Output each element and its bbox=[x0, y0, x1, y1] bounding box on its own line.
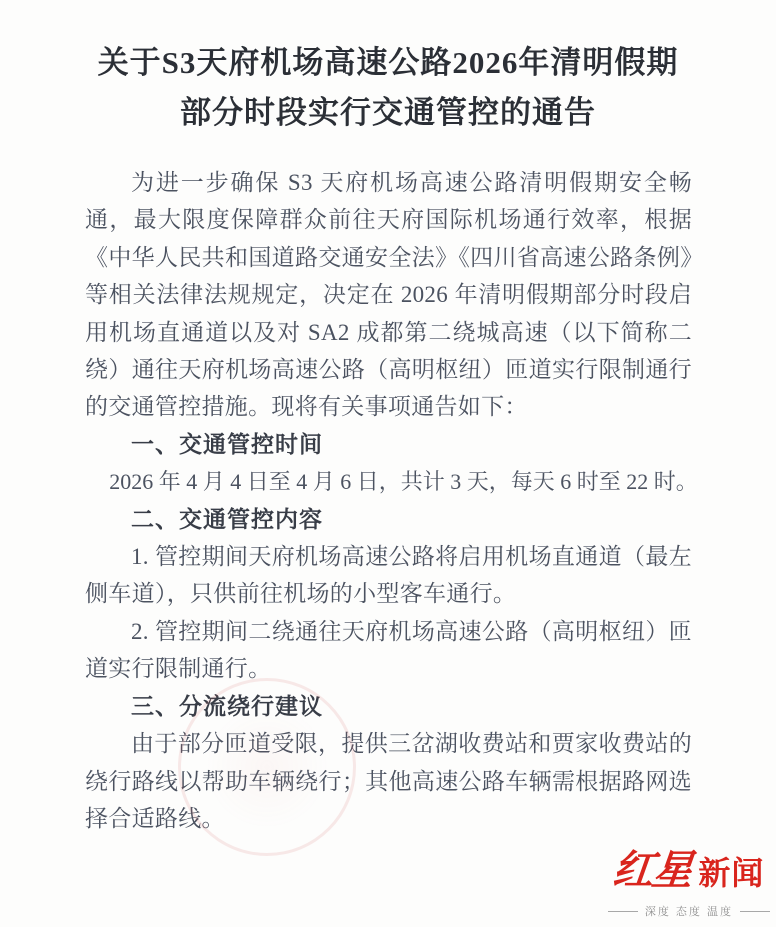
section1-heading: 一、交通管控时间 bbox=[85, 426, 692, 463]
tagline-text: 深度 态度 温度 bbox=[645, 903, 733, 919]
redstar-logo-script-part: 红星 bbox=[611, 850, 693, 890]
section1-control-period: 2026 年 4 月 4 日至 4 月 6 日，共计 3 天，每天 6 时至 2… bbox=[85, 463, 692, 500]
scanned-notice-page: 关于S3天府机场高速公路2026年清明假期 部分时段实行交通管控的通告 为进一步… bbox=[0, 0, 776, 927]
notice-title-line1: 关于S3天府机场高速公路2026年清明假期 bbox=[55, 38, 721, 88]
redstar-news-watermark: 红星 新闻 深度 态度 温度 bbox=[608, 850, 770, 919]
section2-item1: 1. 管控期间天府机场高速公路将启用机场直通道（最左侧车道），只供前往机场的小型… bbox=[85, 538, 692, 613]
tagline-right-rule bbox=[740, 911, 770, 912]
redstar-news-logo: 红星 新闻 bbox=[608, 850, 770, 900]
notice-title: 关于S3天府机场高速公路2026年清明假期 部分时段实行交通管控的通告 bbox=[55, 38, 721, 138]
section3-body: 由于部分匝道受限，提供三岔湖收费站和贾家收费站的绕行路线以帮助车辆绕行；其他高速… bbox=[85, 725, 692, 837]
notice-body: 为进一步确保 S3 天府机场高速公路清明假期安全畅通，最大限度保障群众前往天府国… bbox=[85, 164, 692, 837]
section2-heading: 二、交通管控内容 bbox=[85, 501, 692, 538]
tagline-left-rule bbox=[608, 911, 638, 912]
redstar-tagline: 深度 态度 温度 bbox=[608, 903, 770, 919]
section3-heading: 三、分流绕行建议 bbox=[85, 688, 692, 725]
intro-paragraph: 为进一步确保 S3 天府机场高速公路清明假期安全畅通，最大限度保障群众前往天府国… bbox=[85, 164, 692, 426]
redstar-logo-block-part: 新闻 bbox=[698, 853, 764, 893]
section2-item2: 2. 管控期间二绕通往天府机场高速公路（高明枢纽）匝道实行限制通行。 bbox=[85, 613, 692, 688]
notice-title-line2: 部分时段实行交通管控的通告 bbox=[55, 88, 721, 138]
